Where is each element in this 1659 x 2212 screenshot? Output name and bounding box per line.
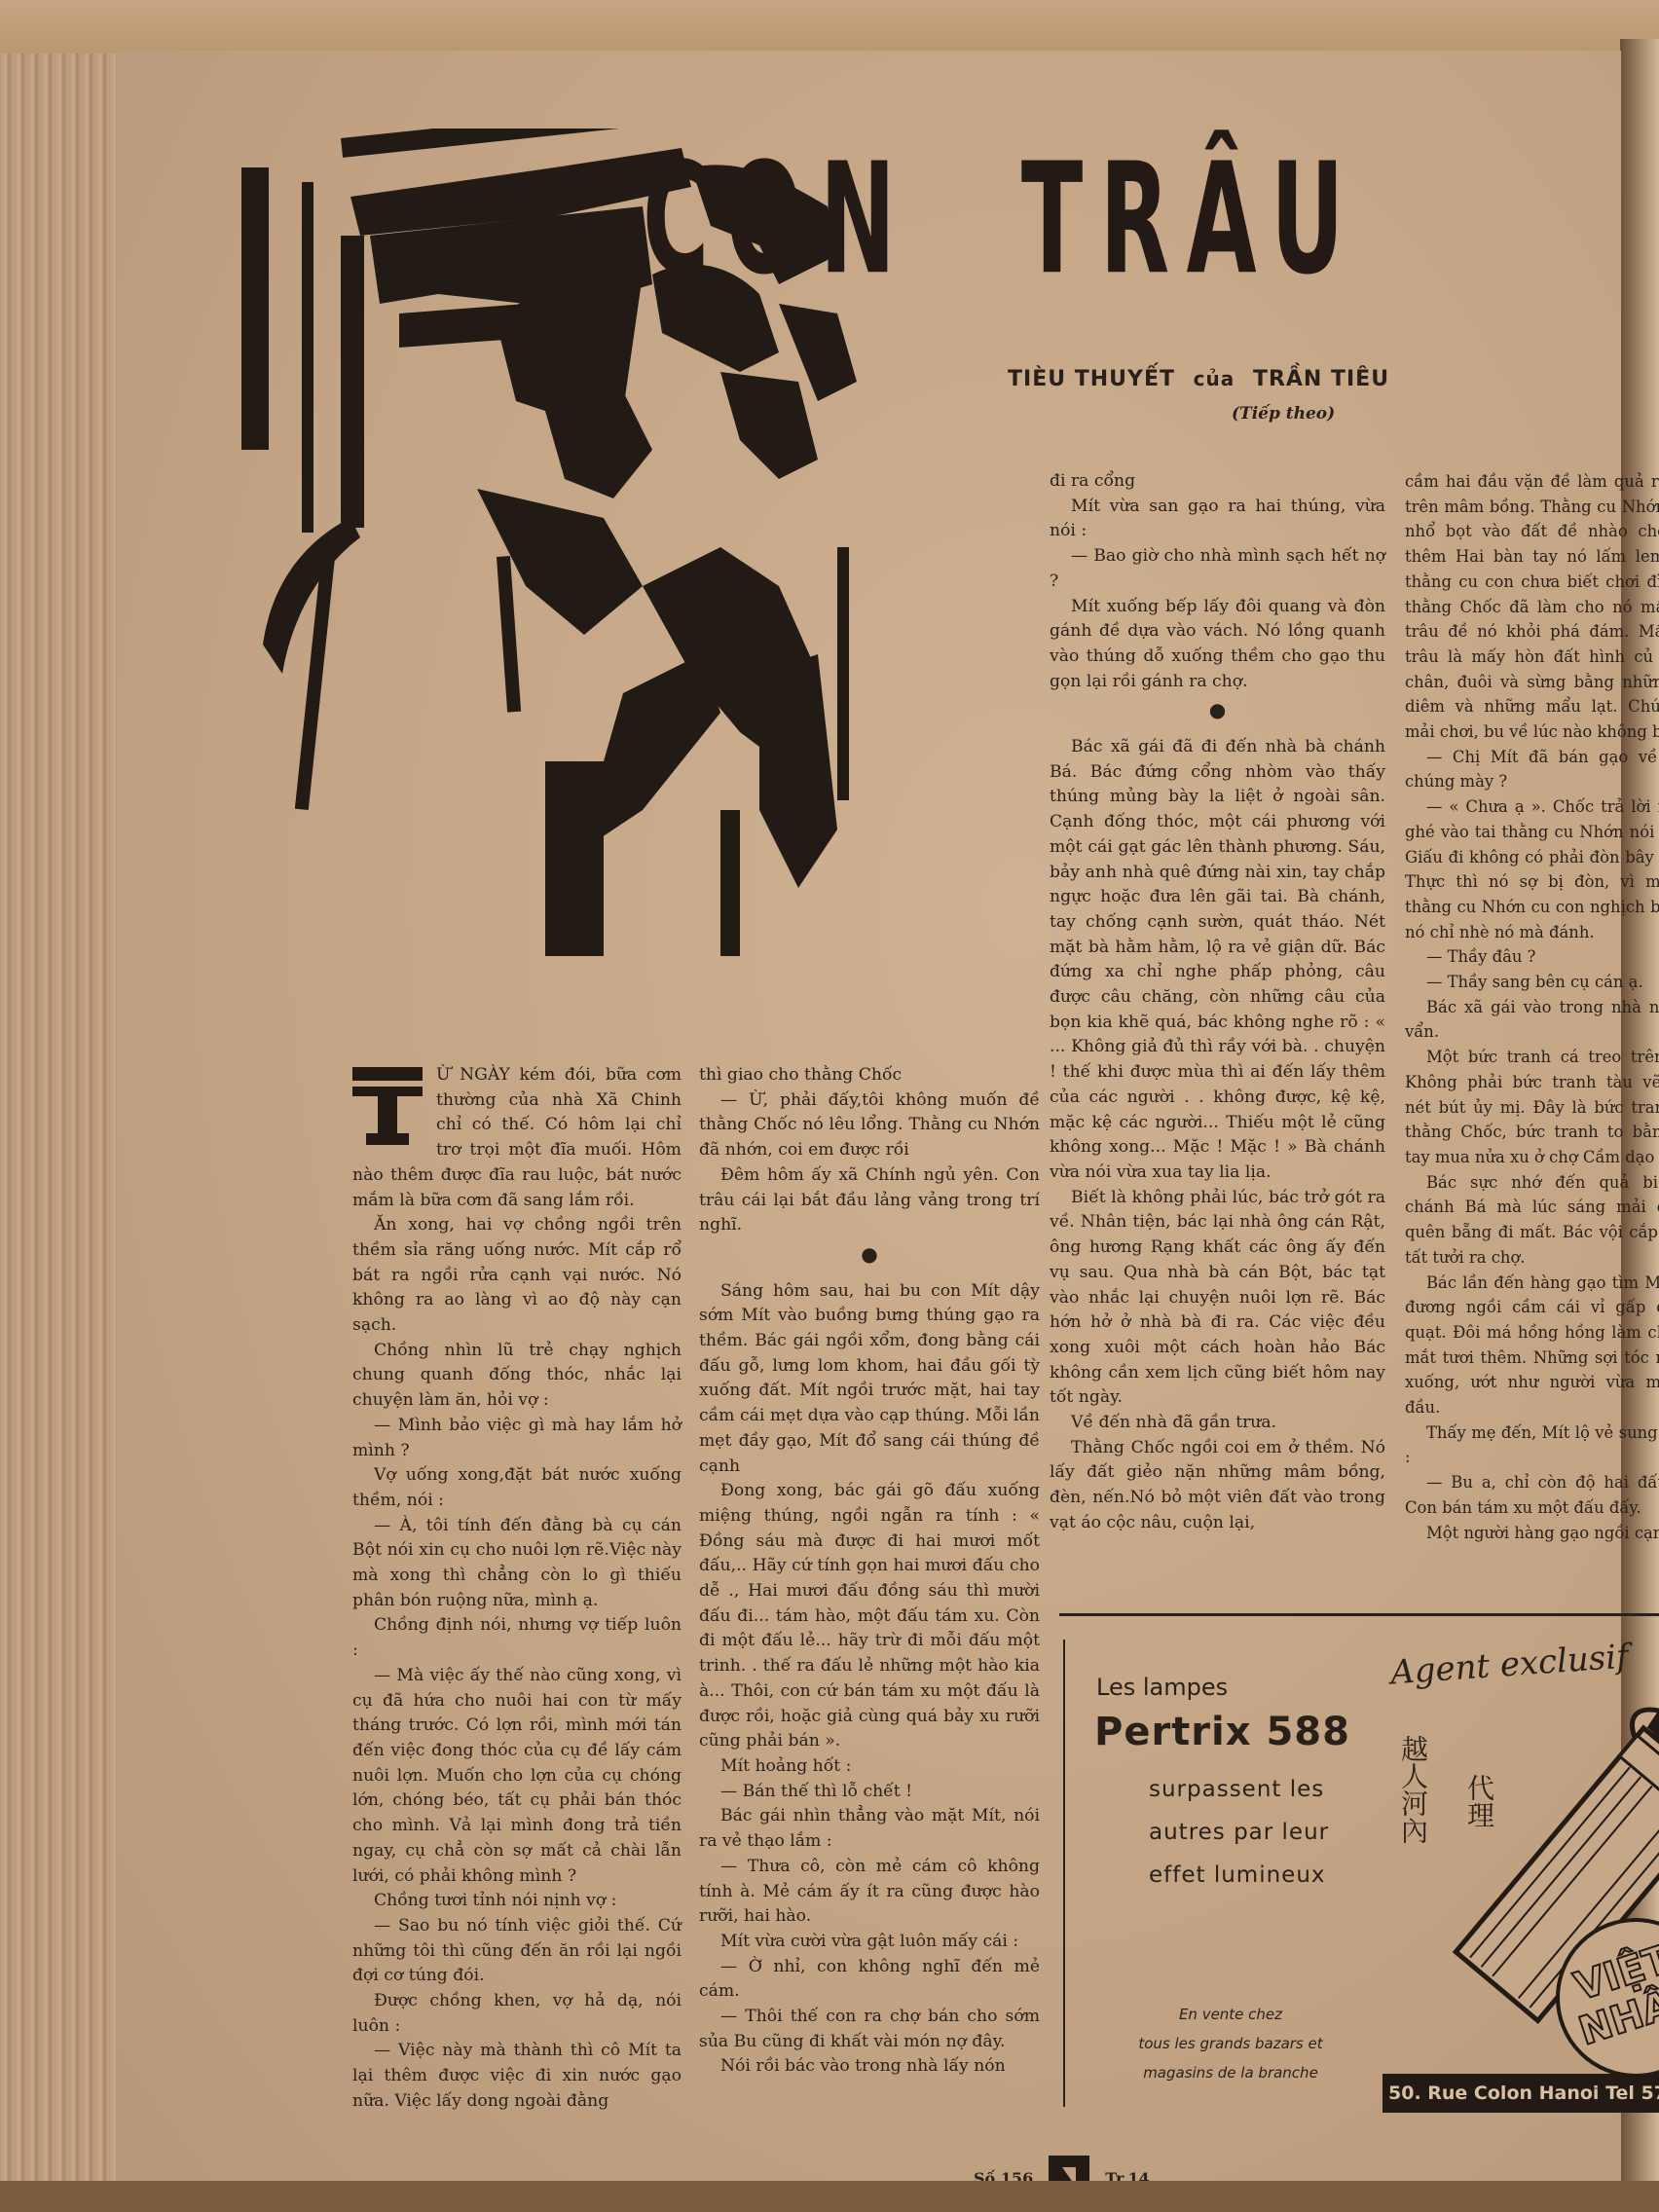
paragraph: Chồng định nói, nhưng vợ tiếp luôn : bbox=[352, 1613, 682, 1663]
paragraph: — Ừ, phải đấy,tôi không muốn đề thằng Ch… bbox=[699, 1088, 1040, 1163]
paragraph: Thấy mẹ đến, Mít lộ vẻ sung sướng : bbox=[1405, 1420, 1659, 1470]
paragraph: — Thôi thế con ra chợ bán cho sớm sủa Bu… bbox=[699, 2005, 1040, 2054]
paragraph: thì giao cho thằng Chốc bbox=[699, 1063, 1040, 1088]
paragraph: đi ra cổng bbox=[1050, 469, 1385, 495]
ad-divider-rule bbox=[1059, 1613, 1659, 1616]
desk-background bbox=[0, 0, 1659, 58]
paragraph: — Thưa cô, còn mẻ cám cô không tính à. M… bbox=[699, 1855, 1040, 1930]
paragraph: Mít vừa san gạo ra hai thúng, vừa nói : bbox=[1050, 495, 1385, 544]
ad-address: 50. Rue Colon Hanoi Tel 577 bbox=[1382, 2074, 1659, 2113]
paragraph: — Mà việc ấy thế nào cũng xong, vì cụ đã… bbox=[352, 1664, 682, 1889]
article-title: CONTRÂU bbox=[643, 143, 1246, 297]
continued-note: (Tiếp theo) bbox=[1232, 404, 1335, 424]
ad-product-name: Pertrix 588 bbox=[1094, 1710, 1350, 1754]
paragraph: Một bức tranh cá treo trên vách Không ph… bbox=[1405, 1045, 1659, 1170]
flashlight-icon: VIỆT NHÂN bbox=[1392, 1677, 1659, 2076]
text-column-4: cầm hai đầu vặn đề làm quả rưa đặt trên … bbox=[1405, 469, 1659, 1545]
paragraph: — Mình bảo việc gì mà hay lắm hở mình ? bbox=[352, 1414, 682, 1463]
paragraph: Bác sực nhớ đến quả biếu bà chánh Bá mà … bbox=[1405, 1170, 1659, 1271]
paragraph: Đong xong, bác gái gõ đấu xuống miệng th… bbox=[699, 1479, 1040, 1754]
text-column-3: đi ra cổng Mít vừa san gạo ra hai thúng,… bbox=[1050, 469, 1385, 1536]
paragraph: — Bao giờ cho nhà mình sạch hết nợ ? bbox=[1050, 544, 1385, 594]
magazine-page: CONTRÂU TIÈU THUYẾT của TRẦN TIÊU (Tiếp … bbox=[117, 51, 1621, 2193]
text-column-2: thì giao cho thằng Chốc — Ừ, phải đấy,tô… bbox=[699, 1063, 1040, 2080]
paragraph: Bác gái nhìn thẳng vào mặt Mít, nói ra v… bbox=[699, 1804, 1040, 1854]
paragraph: cầm hai đầu vặn đề làm quả rưa đặt trên … bbox=[1405, 469, 1659, 745]
subtitle-genre: TIÈU THUYẾT bbox=[1008, 367, 1175, 391]
text-column-1: T Ừ NGÀY kém đói, bữa cơm thường của nhà… bbox=[352, 1063, 682, 2115]
paragraph: Đêm hôm ấy xã Chính ngủ yên. Con trâu cá… bbox=[699, 1163, 1040, 1238]
paragraph: Bác xã gái vào trong nhà nhìn vơ vẩn. bbox=[1405, 995, 1659, 1045]
paragraph: Mít hoảng hốt : bbox=[699, 1754, 1040, 1780]
paragraph: — Thầy đâu ? bbox=[1405, 944, 1659, 970]
ad-flashlight-panel: Agent exclusif 越人河內 代理 VIỆT NHÂN bbox=[1382, 1638, 1659, 2115]
subtitle-of: của bbox=[1194, 367, 1235, 390]
paragraph: Chồng tươi tỉnh nói nịnh vợ : bbox=[352, 1889, 682, 1914]
dropcap-t-icon: T bbox=[352, 1067, 423, 1145]
paragraph: Sáng hôm sau, hai bu con Mít dậy sớm Mít… bbox=[699, 1279, 1040, 1480]
paragraph: Chồng nhìn lũ trẻ chạy nghịch chung quan… bbox=[352, 1339, 682, 1414]
paragraph: Nói rồi bác vào trong nhà lấy nón bbox=[699, 2054, 1040, 2080]
paragraph: — Việc này mà thành thì cô Mít ta lại th… bbox=[352, 2039, 682, 2114]
paragraph: Vợ uống xong,đặt bát nước xuống thềm, nó… bbox=[352, 1463, 682, 1513]
pertrix-advertisement: Les lampes Pertrix 588 surpassent les au… bbox=[1063, 1640, 1377, 2107]
paragraph: — Sao bu nó tính việc giỏi thế. Cứ những… bbox=[352, 1914, 682, 1989]
paragraph: Biết là không phải lúc, bác trở gót ra v… bbox=[1050, 1186, 1385, 1411]
paragraph: Thằng Chốc ngồi coi em ở thềm. Nó lấy đấ… bbox=[1050, 1436, 1385, 1536]
paragraph: Ăn xong, hai vợ chồng ngồi trên thềm sỉa… bbox=[352, 1213, 682, 1339]
paragraph: — « Chưa ạ ». Chốc trả lời mẹ rồi ghé và… bbox=[1405, 794, 1659, 944]
title-word-1: CON bbox=[643, 130, 912, 309]
paragraph: Bác lần đến hàng gạo tìm Mít. Mít đương … bbox=[1405, 1271, 1659, 1420]
ad-line-les-lampes: Les lampes bbox=[1096, 1674, 1228, 1701]
paragraph: — Chị Mít đã bán gạo về chưa, chúng mày … bbox=[1405, 745, 1659, 794]
section-separator-icon: ● bbox=[1050, 698, 1385, 723]
ad-tagline: surpassent les autres par leur effet lum… bbox=[1149, 1768, 1373, 1897]
paragraph: Mít xuống bếp lấy đôi quang và đòn gánh … bbox=[1050, 595, 1385, 695]
paragraph: Một người hàng gạo ngồi cạnh bbox=[1405, 1521, 1659, 1546]
title-word-2: TRÂU bbox=[1021, 130, 1361, 309]
paragraph: Mít vừa cười vừa gật luôn mấy cái : bbox=[699, 1930, 1040, 1955]
book-binding-page-edges bbox=[0, 54, 122, 2212]
paragraph: Được chồng khen, vợ hả dạ, nói luôn : bbox=[352, 1989, 682, 2039]
paragraph: Bác xã gái đã đi đến nhà bà chánh Bá. Bá… bbox=[1050, 735, 1385, 1186]
book-bottom-shadow bbox=[0, 2181, 1659, 2212]
paragraph: — Ờ nhỉ, con không nghĩ đến mẻ cám. bbox=[699, 1955, 1040, 2005]
paragraph: — Bán thế thì lỗ chết ! bbox=[699, 1780, 1040, 1805]
article-subtitle: TIÈU THUYẾT của TRẦN TIÊU bbox=[1008, 367, 1659, 391]
paragraph: — À, tôi tính đến đằng bà cụ cán Bột nói… bbox=[352, 1514, 682, 1614]
paragraph: — Bu a, chỉ còn độ hai đấu nữa. Con bán … bbox=[1405, 1470, 1659, 1520]
section-separator-icon: ● bbox=[699, 1242, 1040, 1268]
paragraph: Về đến nhà đã gần trưa. bbox=[1050, 1411, 1385, 1436]
ad-sale-info: En vente chez tous les grands bazars et … bbox=[1085, 2000, 1377, 2087]
subtitle-author: TRẦN TIÊU bbox=[1253, 367, 1389, 391]
paragraph: — Thầy sang bên cụ cán ạ. bbox=[1405, 970, 1659, 995]
